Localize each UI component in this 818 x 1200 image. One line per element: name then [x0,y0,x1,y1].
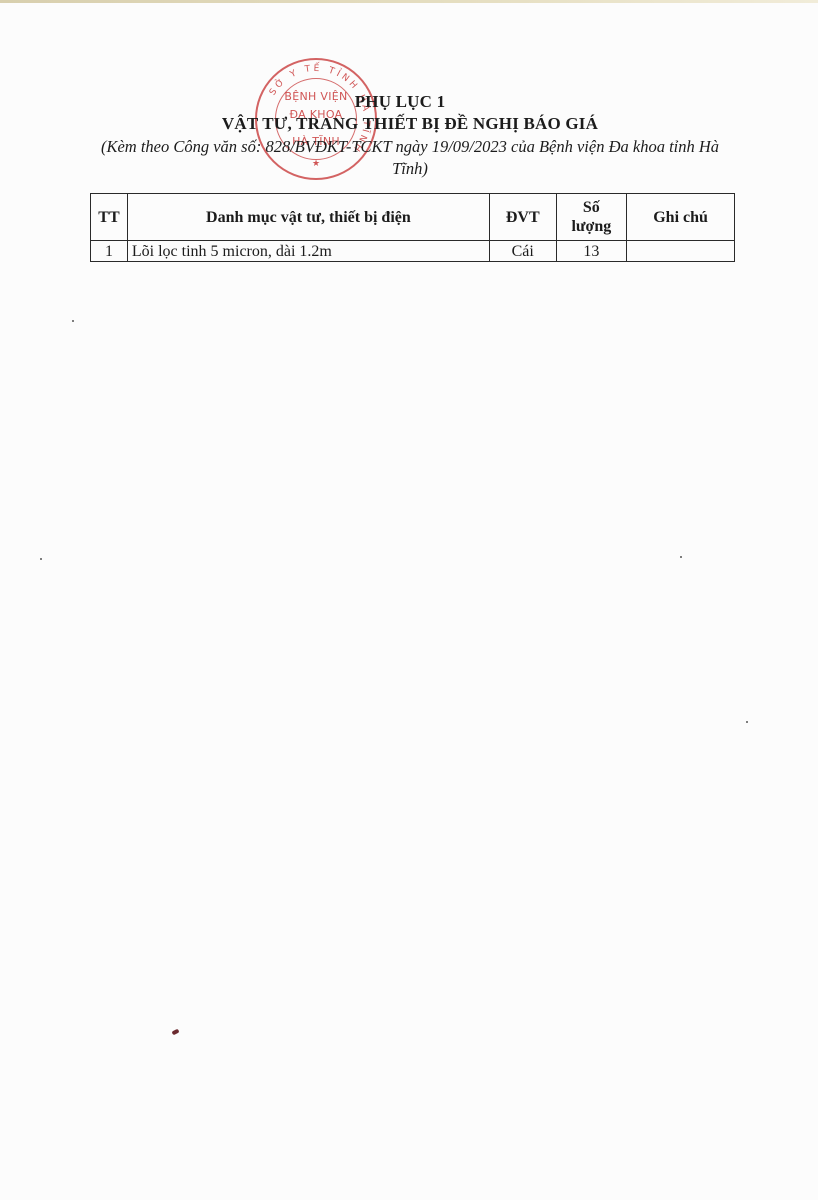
scan-speck [680,556,682,558]
scan-speck [72,320,74,322]
cell-tt: 1 [91,241,128,262]
cell-unit: Cái [489,241,556,262]
header-tt: TT [91,194,128,241]
cell-note [627,241,735,262]
header-unit: ĐVT [489,194,556,241]
document-title: VẬT TƯ, TRANG THIẾT BỊ ĐỀ NGHỊ BÁO GIÁ [80,114,740,134]
header-name: Danh mục vật tư, thiết bị điện [127,194,489,241]
ink-mark [171,1029,179,1036]
appendix-heading: PHỤ LỤC 1 [300,92,500,112]
items-table: TT Danh mục vật tư, thiết bị điện ĐVT Số… [90,193,735,262]
page-top-edge [0,0,818,3]
scan-speck [746,721,748,723]
document-subtitle: (Kèm theo Công văn số: 828/BVĐKT-TCKT ng… [80,136,740,180]
header-note: Ghi chú [627,194,735,241]
scan-speck [40,558,42,560]
table-header-row: TT Danh mục vật tư, thiết bị điện ĐVT Số… [91,194,735,241]
table-row: 1 Lõi lọc tinh 5 micron, dài 1.2m Cái 13 [91,241,735,262]
cell-qty: 13 [556,241,627,262]
cell-name: Lõi lọc tinh 5 micron, dài 1.2m [127,241,489,262]
header-qty: Sốlượng [556,194,627,241]
